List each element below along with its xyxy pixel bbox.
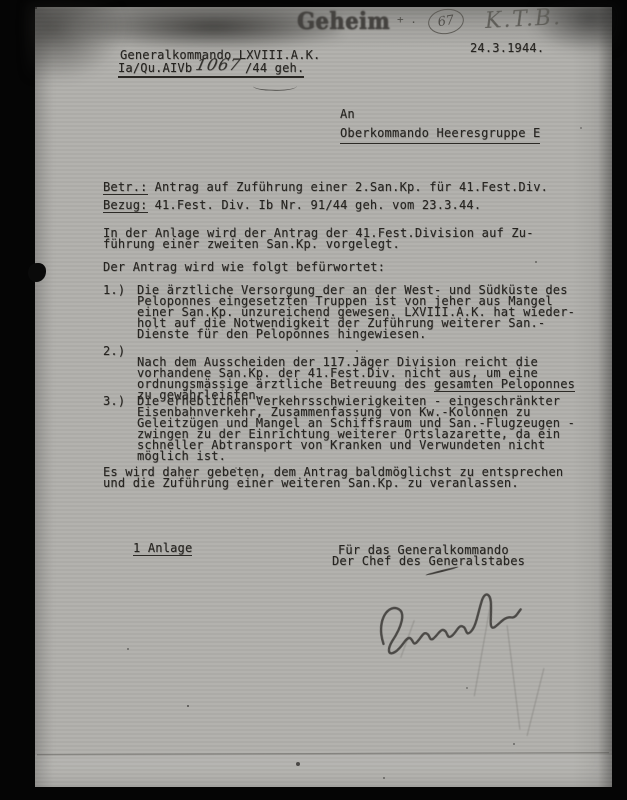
list-item-1-number: 1.): [103, 285, 125, 296]
geheim-classification-stamp: Geheim: [297, 7, 390, 35]
paper-under-strip: [35, 755, 612, 787]
reference-label: Bezug:: [103, 198, 148, 213]
paper-sheet: Geheim + . 67 K.T.B. 24.3.1944. Generalk…: [35, 7, 612, 787]
circled-page-number: 67: [426, 6, 465, 36]
signature-handwriting: [369, 567, 546, 664]
list-item-2: 2.)Nach dem Ausscheiden der 117.Jäger Di…: [103, 346, 575, 401]
pen-marks: + .: [397, 13, 417, 26]
list-item-1-text: Die ärztliche Versorgung der an der West…: [137, 283, 575, 341]
list-item-3-number: 3.): [103, 396, 125, 407]
file-reference-suffix: /44 geh.: [245, 61, 304, 75]
paragraph-lead: Der Antrag wird wie folgt befürwortet:: [103, 262, 385, 273]
paragraph-closing: Es wird daher gebeten, dem Antrag baldmö…: [103, 467, 563, 489]
list-item-3: 3.) Die erheblichen Verkehrsschwierigkei…: [103, 396, 575, 462]
pen-flourish: [253, 80, 297, 92]
scan-noise-specks: [35, 7, 36, 8]
recipient-name: Oberkommando Heeresgruppe E: [340, 128, 540, 144]
list-item-3-text: Die erheblichen Verkehrsschwierigkeiten …: [137, 394, 575, 463]
reference-text: 41.Fest. Div. Ib Nr. 91/44 geh. vom 23.3…: [155, 198, 482, 212]
enclosure-note: 1 Anlage: [133, 543, 192, 556]
recipient-salutation: An: [340, 109, 355, 120]
signer-title: Der Chef des Generalstabes: [332, 556, 525, 567]
date: 24.3.1944.: [470, 43, 544, 54]
list-item-2-text-underlined: gesamten Peloponnes: [434, 377, 575, 392]
file-reference-number-handwritten: 1067: [195, 59, 242, 70]
ktb-handwritten-note: K.T.B.: [484, 5, 562, 34]
reference-line: Bezug:41.Fest. Div. Ib Nr. 91/44 geh. vo…: [103, 200, 481, 211]
list-item-1: 1.) Die ärztliche Versorgung der an der …: [103, 285, 575, 340]
scan-smudge-corner: [27, 3, 127, 83]
file-reference-line: Ia/Qu.AIVb1067/44 geh.: [118, 61, 304, 78]
document-scan: Geheim + . 67 K.T.B. 24.3.1944. Generalk…: [0, 0, 627, 800]
subject-label: Betr.:: [103, 180, 148, 195]
paragraph-intro: In der Anlage wird der Antrag der 41.Fes…: [103, 228, 534, 250]
file-reference-prefix: Ia/Qu.AIVb: [118, 61, 192, 75]
subject-line: Betr.:Antrag auf Zuführung einer 2.San.K…: [103, 182, 548, 193]
paper-crease: [527, 668, 545, 736]
subject-text: Antrag auf Zuführung einer 2.San.Kp. für…: [155, 180, 549, 194]
list-item-2-number: 2.): [103, 346, 125, 357]
